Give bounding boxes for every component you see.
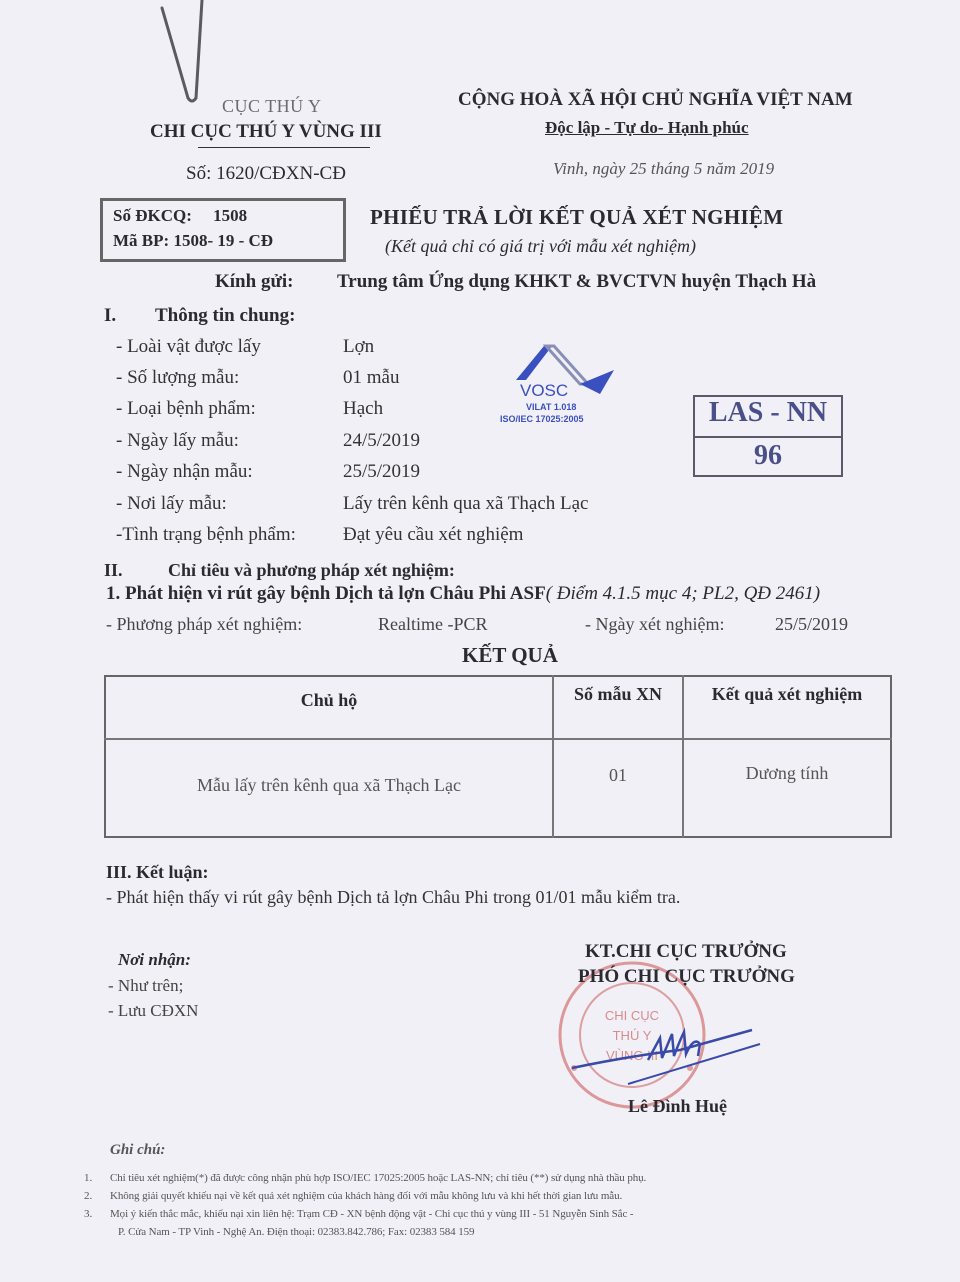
- registration-bp: Mã BP: 1508- 19 - CĐ: [113, 231, 273, 251]
- recipient-label: Kính gửi:: [215, 271, 293, 293]
- column-header-result: Kết quả xét nghiệm: [684, 684, 890, 705]
- notes-title: Ghi chú:: [110, 1142, 165, 1159]
- note-text: P. Cửa Nam - TP Vinh - Nghệ An. Điện tho…: [118, 1226, 474, 1238]
- note-number: 1.: [84, 1172, 92, 1184]
- conclusion-text: - Phát hiện thấy vi rút gây bệnh Dịch tả…: [106, 887, 680, 908]
- section-3-title: III. Kết luận:: [106, 862, 209, 883]
- svg-text:VILAT 1.018: VILAT 1.018: [526, 402, 576, 412]
- info-value: 01 mẫu: [343, 367, 399, 389]
- section-2-number: II.: [104, 560, 123, 581]
- section-1-title: Thông tin chung:: [155, 305, 295, 327]
- svg-text:VOSC: VOSC: [520, 381, 568, 400]
- document-title: PHIẾU TRẢ LỜI KẾT QUẢ XÉT NGHIỆM: [370, 205, 783, 230]
- test-name: 1. Phát hiện vi rút gây bệnh Dịch tả lợn…: [106, 583, 546, 604]
- document-subtitle: (Kết quả chỉ có giá trị với mẫu xét nghi…: [385, 236, 696, 257]
- recipient-item: - Như trên;: [108, 976, 183, 996]
- section-1-number: I.: [104, 305, 116, 327]
- info-value: Lợn: [343, 336, 374, 358]
- bp-value: 1508- 19 - CĐ: [173, 231, 273, 250]
- column-header-sample-count: Số mẫu XN: [554, 684, 682, 705]
- national-motto: Độc lập - Tự do- Hạnh phúc: [545, 118, 749, 138]
- republic-heading: CỘNG HOÀ XÃ HỘI CHỦ NGHĨA VIỆT NAM: [458, 89, 853, 111]
- method-value: Realtime -PCR: [378, 614, 488, 635]
- note-text: Chỉ tiêu xét nghiệm(*) đã được công nhận…: [110, 1172, 646, 1184]
- signature-role-1: KT.CHI CỤC TRƯỞNG: [585, 941, 787, 963]
- note-text: Mọi ý kiến thắc mắc, khiếu nại xin liên …: [110, 1208, 633, 1220]
- test-title: 1. Phát hiện vi rút gây bệnh Dịch tả lợn…: [106, 583, 820, 605]
- results-heading: KẾT QUẢ: [462, 643, 558, 668]
- info-value: 24/5/2019: [343, 430, 420, 452]
- recipients-title: Nơi nhận:: [118, 950, 191, 970]
- section-2-title: Chỉ tiêu và phương pháp xét nghiệm:: [168, 560, 455, 581]
- registration-dkcq: Số ĐKCQ: 1508: [113, 206, 247, 226]
- agency-name: CHI CỤC THÚ Y VÙNG III: [150, 121, 382, 143]
- info-label: - Ngày lấy mẫu:: [116, 430, 239, 452]
- recipient-value: Trung tâm Ứng dụng KHKT & BVCTVN huyện T…: [337, 271, 816, 293]
- info-label: - Nơi lấy mẫu:: [116, 493, 227, 515]
- column-header-owner: Chủ hộ: [106, 690, 552, 711]
- info-value: 25/5/2019: [343, 461, 420, 483]
- signature-role-2: PHÓ CHI CỤC TRƯỞNG: [578, 966, 795, 988]
- info-value: Hạch: [343, 398, 383, 420]
- test-date-value: 25/5/2019: [775, 614, 848, 635]
- vosc-logo-icon: VOSC VILAT 1.018 ISO/IEC 17025:2005: [496, 340, 620, 430]
- place-date: Vinh, ngày 25 tháng 5 năm 2019: [553, 159, 774, 179]
- agency-parent: CỤC THÚ Y: [222, 96, 322, 117]
- info-label: - Loài vật được lấy: [116, 336, 261, 358]
- method-label: - Phương pháp xét nghiệm:: [106, 614, 302, 635]
- table-cell-sample-count: 01: [554, 765, 682, 786]
- note-number: 3.: [84, 1208, 92, 1220]
- document-number: Số: 1620/CĐXN-CĐ: [186, 163, 346, 185]
- note-text: Không giải quyết khiếu nại về kết quả xé…: [110, 1190, 622, 1202]
- table-cell-result: Dương tính: [684, 763, 890, 784]
- test-date-label: - Ngày xét nghiệm:: [585, 614, 724, 635]
- accreditation-number: 96: [693, 440, 843, 472]
- paperclip-icon: [160, 0, 220, 105]
- bp-label: Mã BP:: [113, 231, 169, 250]
- accreditation-code: LAS - NN: [693, 397, 843, 429]
- test-reference: ( Điểm 4.1.5 mục 4; PL2, QĐ 2461): [546, 583, 820, 604]
- divider: [693, 436, 843, 438]
- svg-text:ISO/IEC 17025:2005: ISO/IEC 17025:2005: [500, 414, 584, 424]
- info-label: -Tình trạng bệnh phẩm:: [116, 524, 296, 546]
- info-label: - Ngày nhận mẫu:: [116, 461, 253, 483]
- info-label: - Số lượng mẫu:: [116, 367, 239, 389]
- info-value: Đạt yêu cầu xét nghiệm: [343, 524, 523, 546]
- info-label: - Loại bệnh phẩm:: [116, 398, 256, 420]
- table-cell-owner: Mẫu lấy trên kênh qua xã Thạch Lạc: [106, 775, 552, 796]
- signer-name: Lê Đình Huệ: [628, 1096, 727, 1117]
- table-divider: [104, 738, 892, 740]
- dkcq-label: Số ĐKCQ:: [113, 206, 192, 225]
- handwritten-signature-icon: [570, 1010, 770, 1090]
- note-number: 2.: [84, 1190, 92, 1202]
- info-value: Lấy trên kênh qua xã Thạch Lạc: [343, 493, 588, 515]
- divider: [198, 147, 370, 148]
- recipient-item: - Lưu CĐXN: [108, 1001, 198, 1021]
- dkcq-value: 1508: [213, 206, 247, 225]
